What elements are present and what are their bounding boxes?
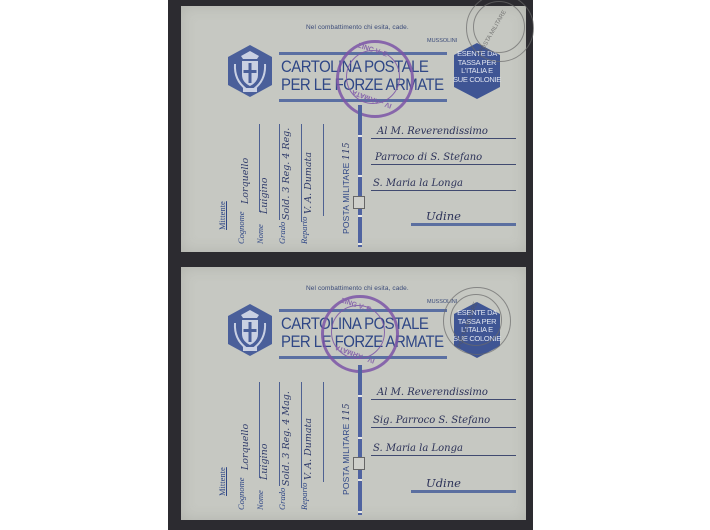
recipient-line-2: Sig. Parroco S. Stefano (373, 415, 490, 426)
postmark-cancel: POSTA MILITARE (466, 0, 534, 62)
sender-label-reparto: Reparto (299, 483, 309, 510)
recipient-line-3: S. Maria la Longa (373, 443, 463, 454)
sender-block: Mittente Cognome Lorquello Nome Luigino … (193, 116, 363, 244)
motto: Nel combattimento chi esita, cade. (306, 285, 409, 292)
sender-label-grado: Grado (277, 222, 287, 244)
sender-block: Mittente Cognome Lorquello Nome Luigino … (193, 382, 363, 510)
savoy-crest-icon (227, 44, 273, 98)
sender-heading: Mittente (217, 467, 227, 496)
postcard-bottom: Nel combattimento chi esita, cade. MUSSO… (181, 267, 526, 520)
recipient-line-2: Parroco di S. Stefano (375, 152, 482, 163)
postcard-top: Nel combattimento chi esita, cade. MUSSO… (181, 6, 526, 252)
recipient-line-1: Al M. Reverendissimo (377, 387, 488, 398)
postmark-cancel: POSTA MILITARE (443, 287, 511, 355)
sender-value-reparto: V. A. Dumata (303, 152, 314, 214)
sender-value-cognome: Lorquello (240, 424, 251, 470)
sender-label-cognome: Cognome (236, 211, 246, 244)
sender-label-nome: Nome (255, 490, 265, 510)
sender-value-cognome: Lorquello (240, 158, 251, 204)
sender-value-grado: Sold. 3 Reg. 4 Mag. (281, 391, 292, 486)
sender-label-cognome: Cognome (236, 477, 246, 510)
violet-cancel-stamp: ZINC V. E IV - ARMATA (336, 40, 414, 118)
sender-value-nome: Luigino (259, 178, 270, 214)
violet-cancel-stamp: ZING V. E IV - ARMATA (321, 295, 399, 373)
sender-label-nome: Nome (255, 224, 265, 244)
recipient-city: Udine (426, 476, 461, 490)
sender-value-reparto: V. A. Dumata (303, 418, 314, 480)
sender-heading: Mittente (217, 201, 227, 230)
motto: Nel combattimento chi esita, cade. (306, 24, 409, 31)
sender-value-grado: Sold. 3 Reg. 4 Reg. (281, 128, 292, 220)
sender-label-reparto: Reparto (299, 217, 309, 244)
recipient-line-3: S. Maria la Longa (373, 178, 463, 189)
savoy-crest-icon (227, 303, 273, 357)
recipient-city: Udine (426, 209, 461, 223)
sender-value-nome: Luigino (259, 444, 270, 480)
recipient-line-1: Al M. Reverendissimo (377, 126, 488, 137)
sender-label-grado: Grado (277, 488, 287, 510)
